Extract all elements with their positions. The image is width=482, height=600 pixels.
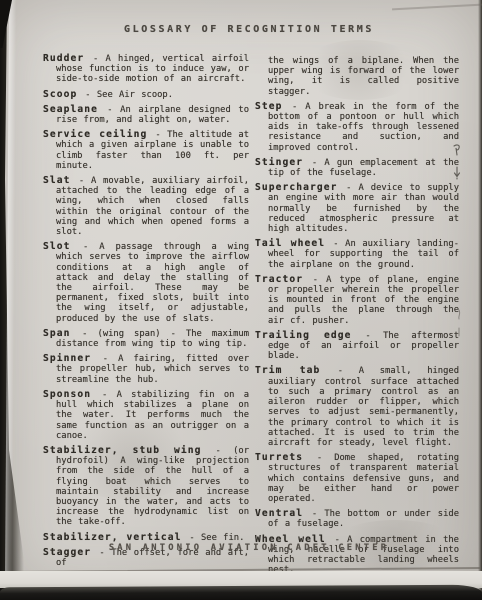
glossary-entry: Tail wheel - An auxiliary landing-wheel …: [255, 239, 459, 270]
right-page-edge-shadow: [478, 0, 482, 600]
glossary-term: Tail wheel: [255, 238, 333, 249]
glossary-term: Slat: [43, 175, 79, 186]
pen-mark-icon: [451, 143, 463, 157]
glossary-entry: Trailing edge - The aftermost edge of an…: [255, 331, 459, 362]
glossary-entry: Step - A break in the form of the bottom…: [255, 102, 459, 153]
glossary-term: Rudder: [43, 53, 93, 64]
glossary-term: Slot: [43, 241, 83, 252]
glossary-term: Sponson: [43, 389, 102, 400]
glossary-left-column: Rudder - A hinged, vertical airfoil whos…: [43, 54, 249, 573]
page-title: GLOSSARY OF RECOGNITION TERMS: [40, 24, 458, 35]
glossary-definition: - A passage through a wing which serves …: [56, 242, 249, 323]
glossary-entry: Slat - A movable, auxiliary airfoil, att…: [43, 176, 249, 237]
glossary-term: Scoop: [43, 89, 85, 100]
glossary-entry: Spinner - A fairing, fitted over the pro…: [43, 354, 249, 385]
glossary-entry: Supercharger - A device to supply an eng…: [255, 183, 459, 234]
glossary-entry: Service ceiling - The altitude at which …: [43, 130, 249, 171]
glossary-entry: Turrets - Dome shaped, rotating structur…: [255, 453, 459, 504]
glossary-term: Seaplane: [43, 104, 107, 115]
glossary-entry: Tractor - A type of plane, engine or pro…: [255, 275, 459, 326]
glossary-entry: Slot - A passage through a wing which se…: [43, 242, 249, 324]
glossary-term: Tractor: [255, 274, 313, 285]
glossary-term: Spinner: [43, 353, 103, 364]
scanned-glossary-page: GLOSSARY OF RECOGNITION TERMS Rudder - A…: [0, 0, 482, 600]
pen-mark-icon: [452, 166, 462, 180]
glossary-definition: the wings of a biplane. When the upper w…: [268, 56, 459, 97]
pen-mark-icon: [455, 308, 463, 338]
glossary-right-column: the wings of a biplane. When the upper w…: [255, 56, 459, 580]
glossary-entry: Ventral - The bottom or under side of a …: [255, 509, 459, 529]
glossary-entry: Scoop - See Air scoop.: [43, 90, 249, 100]
glossary-term: Span: [43, 328, 82, 339]
bottom-dark-band: [0, 585, 482, 600]
glossary-term: Ventral: [255, 508, 312, 519]
glossary-definition: - A small, hinged auxiliary control surf…: [268, 366, 459, 447]
top-right-edge-line: [392, 4, 482, 11]
glossary-definition: - A break in the form of the bottom of a…: [268, 102, 459, 153]
glossary-definition: - (or hydrofoil) A wing-like projection …: [56, 446, 249, 527]
glossary-term: Service ceiling: [43, 129, 155, 140]
glossary-term: Stinger: [255, 157, 312, 168]
glossary-entry: Span - (wing span) - The maximum distanc…: [43, 329, 249, 349]
glossary-definition: - See Air scoop.: [85, 90, 173, 100]
glossary-term: Trailing edge: [255, 330, 365, 341]
glossary-entry: Stabilizer, vertical - See fin.: [43, 533, 249, 543]
glossary-definition: - A movable, auxiliary airfoil, attached…: [56, 176, 249, 237]
glossary-entry: Seaplane - An airplane designed to rise …: [43, 105, 249, 125]
glossary-entry: Trim tab - A small, hinged auxiliary con…: [255, 366, 459, 448]
glossary-definition: - (wing span) - The maximum distance fro…: [56, 329, 249, 349]
glossary-entry: the wings of a biplane. When the upper w…: [255, 56, 459, 97]
page-footer: SAN ANTONIO AVIATION CADET CENTER: [40, 543, 458, 553]
glossary-entry: Sponson - A stabilizing fin on a hull wh…: [43, 390, 249, 441]
glossary-term: Supercharger: [255, 182, 346, 193]
glossary-term: Stabilizer, vertical: [43, 532, 189, 543]
glossary-entry: Stinger - A gun emplacement at the tip o…: [255, 158, 459, 178]
glossary-entry: Rudder - A hinged, vertical airfoil whos…: [43, 54, 249, 85]
glossary-entry: Stabilizer, stub wing - (or hydrofoil) A…: [43, 446, 249, 528]
glossary-term: Step: [255, 101, 292, 112]
glossary-term: Turrets: [255, 452, 317, 463]
glossary-term: Trim tab: [255, 365, 338, 376]
glossary-term: Stabilizer, stub wing: [43, 445, 215, 456]
glossary-definition: - See fin.: [189, 533, 244, 543]
